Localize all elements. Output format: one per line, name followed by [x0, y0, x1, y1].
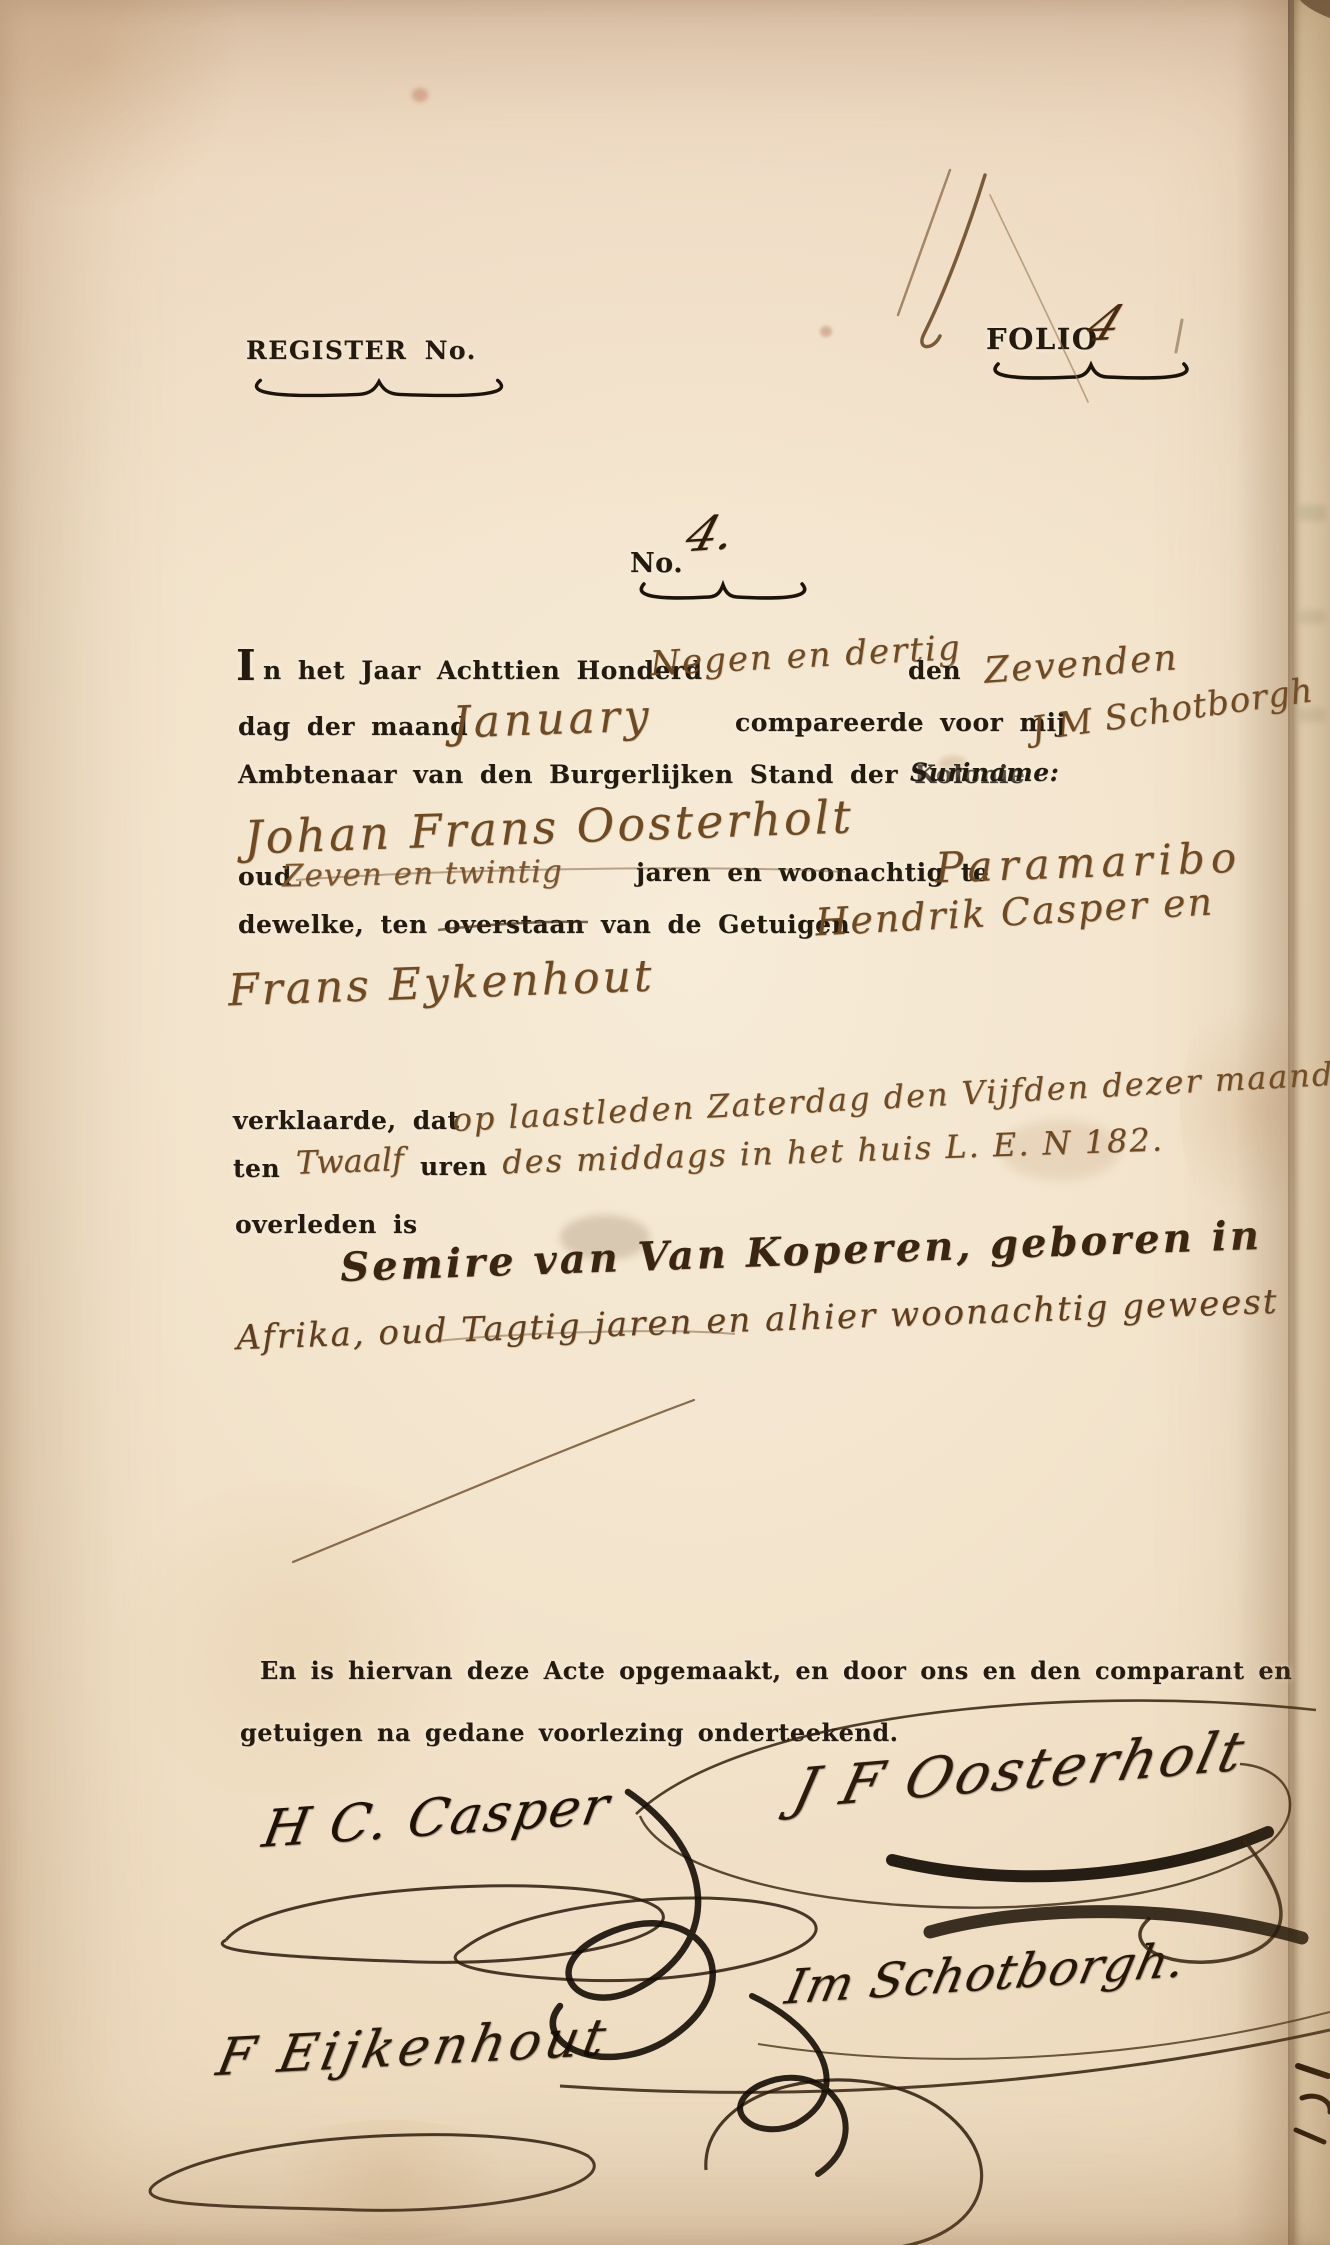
- top-right-corner-patch: [1300, 0, 1330, 18]
- curly-brace-path: [995, 364, 1187, 378]
- oosterholt-heavy-stroke: [892, 1832, 1268, 1876]
- page-edge-shadow: [1235, 0, 1290, 2245]
- signature-eijkenhout: F Eijkenhout: [212, 2008, 615, 2088]
- blank-space-flourish: [293, 1400, 694, 1562]
- signature-schotborgh: Im Schotborgh.: [781, 1932, 1192, 2015]
- eijkenhout-flourish: [560, 2030, 1330, 2092]
- eijkenhout-flourish: [706, 2080, 982, 2245]
- declaration-line2-uren: uren: [420, 1152, 487, 1181]
- margin-ink-mark: [1302, 2096, 1330, 2112]
- declaration-line2-ten: ten: [233, 1154, 280, 1183]
- closing-line2: getuigen na gedane voorlezing onderteeke…: [240, 1718, 898, 1747]
- stain: [90, 1480, 510, 1800]
- margin-ink-mark: [1298, 2066, 1328, 2076]
- curly-brace-path: [641, 584, 804, 598]
- register-label: REGISTER No.: [246, 336, 477, 365]
- deceased-details-handwritten: Afrika, oud Tagtig jaren en alhier woona…: [236, 1282, 1279, 1358]
- act-number-handwritten: 4.: [679, 504, 742, 563]
- body-line1-text: n het Jaar Achttien Honderd: [263, 656, 703, 685]
- schotborgh-underline: [758, 2012, 1330, 2059]
- brace-under-act-number: [637, 578, 809, 604]
- death-date-handwritten: op laastleden Zaterdag den Vijfden dezer…: [452, 1055, 1330, 1139]
- body-line3-text: Ambtenaar van den Burgerlijken Stand der…: [238, 760, 1025, 789]
- body-line2-text-a: dag der maand: [238, 712, 468, 741]
- eijkenhout-flourish: [150, 2135, 594, 2211]
- body-line1-initial: I: [236, 641, 256, 690]
- casper-flourish: [455, 1898, 816, 1981]
- signature-casper: H C. Casper: [258, 1776, 615, 1860]
- body-line6-text: dewelke, ten overstaan van de Getuigen: [238, 910, 850, 939]
- binding-seam: [1288, 0, 1294, 2245]
- stain: [412, 88, 428, 102]
- brace-under-register: [250, 374, 508, 402]
- show-through-mark: [1298, 505, 1326, 521]
- body-line2-text-b: compareerde voor mij: [735, 708, 1066, 737]
- pencil-mark: [898, 170, 950, 315]
- curly-brace-path: [256, 380, 501, 395]
- body-line1-den: den: [908, 656, 961, 685]
- stain: [820, 326, 832, 337]
- pencil-mark: [922, 175, 985, 347]
- declaration-line1-text: verklaarde, dat: [233, 1106, 460, 1135]
- day-handwritten: Zevenden: [983, 637, 1180, 691]
- eijkenhout-paraph-loop: [740, 1996, 846, 2174]
- show-through-mark: [1298, 610, 1326, 624]
- colony-name: Suriname:: [910, 758, 1059, 787]
- stain: [240, 2120, 540, 2240]
- casper-flourish: [222, 1886, 663, 1963]
- margin-ink-mark: [1296, 2130, 1324, 2142]
- deceased-name-handwritten: Semire van Van Koperen, geboren in: [339, 1212, 1262, 1291]
- declaration-line3-text: overleden is: [235, 1210, 418, 1239]
- document-page: REGISTER No. FOLIO 4 No. 4. I n het Jaar…: [0, 0, 1330, 2245]
- age-handwritten: Zeven en twintig: [282, 854, 563, 895]
- death-hour-handwritten: Twaalf: [295, 1140, 404, 1182]
- folio-extra-stroke: [1176, 320, 1182, 352]
- witness1-handwritten: Hendrik Casper en: [814, 880, 1215, 945]
- stain: [0, 0, 250, 210]
- schotborgh-ink-smear: [930, 1912, 1302, 1938]
- brace-under-folio: [990, 358, 1192, 384]
- next-page-sliver: [1294, 0, 1330, 2245]
- stain: [1180, 980, 1330, 1240]
- closing-line1: En is hiervan deze Acte opgemaakt, en do…: [260, 1656, 1292, 1685]
- witness2-handwritten: Frans Eykenhout: [227, 951, 655, 1017]
- pencil-mark: [990, 195, 1088, 402]
- act-number-label: No.: [630, 548, 683, 579]
- month-handwritten: January: [451, 691, 653, 749]
